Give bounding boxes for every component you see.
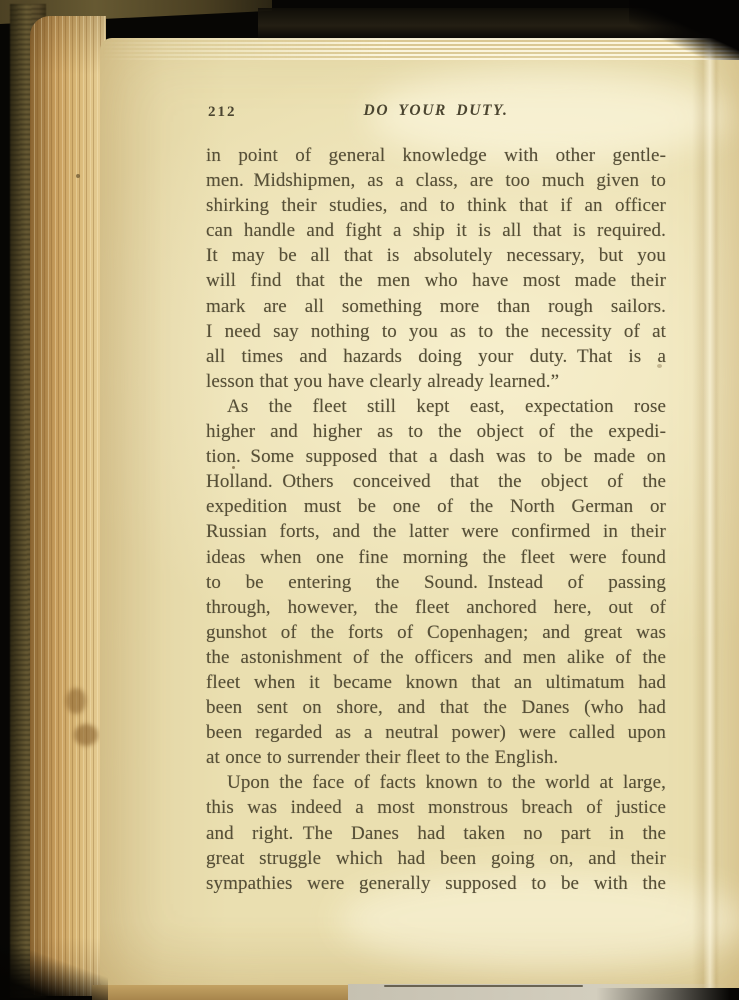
text-line: this was indeed a most monstrous breach … xyxy=(206,795,666,820)
text-line: in point of general knowledge with other… xyxy=(206,143,666,168)
book-scan: 212 DO YOUR DUTY. in point of general kn… xyxy=(0,0,739,1000)
page-edge-stain xyxy=(74,724,98,746)
text-line: ideas when one fine morning the fleet we… xyxy=(206,545,666,570)
text-line: Upon the face of facts known to the worl… xyxy=(206,770,666,795)
paper-speck xyxy=(657,364,662,368)
text-line: expedition must be one of the North Germ… xyxy=(206,494,666,519)
shadow-bottom-left xyxy=(0,944,108,1000)
page-fore-edges-left xyxy=(30,16,106,996)
text-line: to be entering the Sound. Instead of pas… xyxy=(206,570,666,595)
text-line: all times and hazards doing your duty. T… xyxy=(206,344,666,369)
text-line: been regarded as a neutral power) were c… xyxy=(206,720,666,745)
text-line: shirking their studies, and to think tha… xyxy=(206,193,666,218)
text-line: It may be all that is absolutely necessa… xyxy=(206,243,666,268)
text-line: will find that the men who have most mad… xyxy=(206,268,666,293)
page-number: 212 xyxy=(208,104,237,121)
book-page: 212 DO YOUR DUTY. in point of general kn… xyxy=(100,38,739,988)
text-line: Russian forts, and the latter were confi… xyxy=(206,519,666,544)
paragraph: in point of general knowledge with other… xyxy=(206,143,666,394)
page-content: 212 DO YOUR DUTY. in point of general kn… xyxy=(100,38,739,988)
paragraph: As the fleet still kept east, expectatio… xyxy=(206,394,666,770)
text-line: can handle and fight a ship it is all th… xyxy=(206,218,666,243)
text-line: mark are all something more than rough s… xyxy=(206,294,666,319)
text-line: lesson that you have clearly already lea… xyxy=(206,369,666,394)
page-edge-stain xyxy=(66,688,86,714)
paragraph: Upon the face of facts known to the worl… xyxy=(206,770,666,895)
text-line: been sent on shore, and that the Danes (… xyxy=(206,695,666,720)
text-line: As the fleet still kept east, expectatio… xyxy=(206,394,666,419)
background-corner xyxy=(629,0,739,60)
running-header: DO YOUR DUTY. xyxy=(364,102,509,119)
text-line: the astonishment of the officers and men… xyxy=(206,645,666,670)
paper-speck xyxy=(76,174,80,178)
body-text: in point of general knowledge with other… xyxy=(206,143,666,896)
next-page-edge xyxy=(348,984,730,1000)
text-line: fleet when it became known that an ultim… xyxy=(206,670,666,695)
text-line: and right. The Danes had taken no part i… xyxy=(206,821,666,846)
paper-speck xyxy=(232,466,235,469)
text-line: Holland. Others conceived that the objec… xyxy=(206,469,666,494)
text-line: tion. Some supposed that a dash was to b… xyxy=(206,444,666,469)
text-line: gunshot of the forts of Copenhagen; and … xyxy=(206,620,666,645)
text-line: through, however, the fleet anchored her… xyxy=(206,595,666,620)
text-line: higher and higher as to the object of th… xyxy=(206,419,666,444)
text-line: men. Midshipmen, as a class, are too muc… xyxy=(206,168,666,193)
text-line: sympathies were generally supposed to be… xyxy=(206,871,666,896)
page-bottom-edge xyxy=(92,985,362,1000)
text-line: at once to surrender their fleet to the … xyxy=(206,745,666,770)
text-line: great struggle which had been going on, … xyxy=(206,846,666,871)
page-header: 212 DO YOUR DUTY. xyxy=(206,102,666,122)
text-line: I need say nothing to you as to the nece… xyxy=(206,319,666,344)
scan-background: { "page": { "number": "212", "running_he… xyxy=(0,0,739,1000)
